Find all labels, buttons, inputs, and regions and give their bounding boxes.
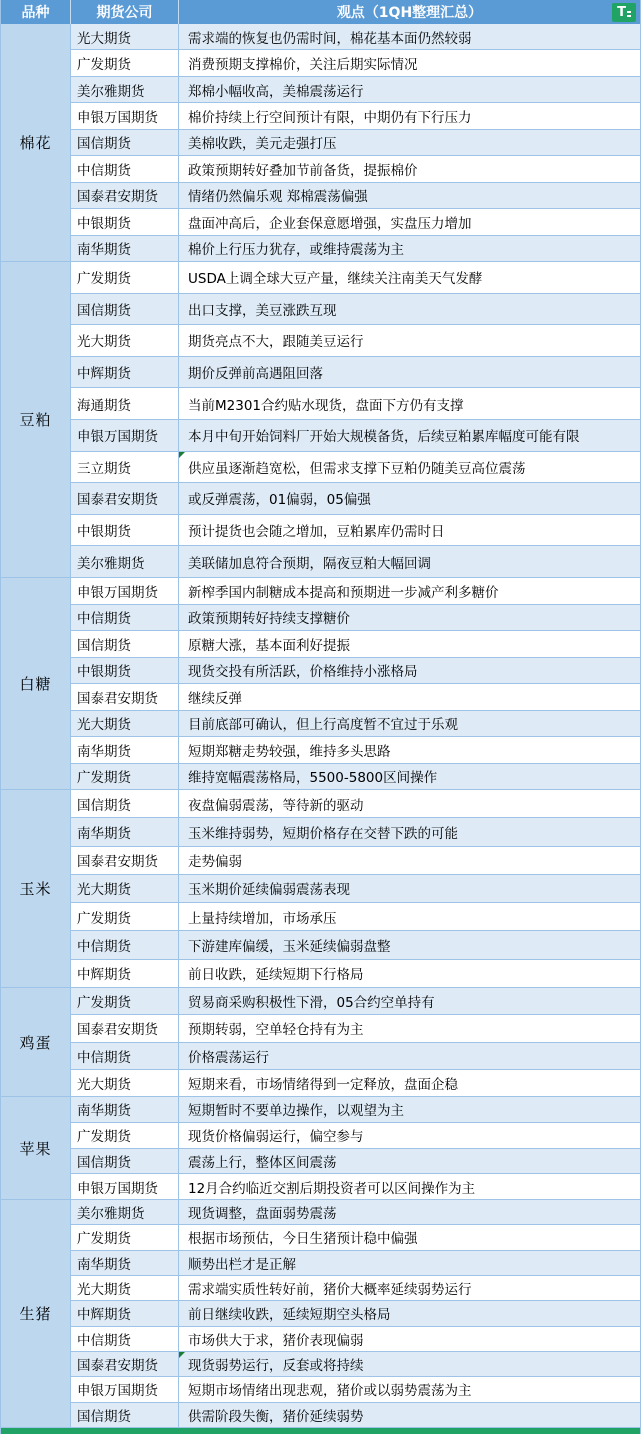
logo-letter: T: [617, 6, 626, 19]
viewpoint-cell[interactable]: 原糖大涨，基本面利好提振: [179, 631, 640, 657]
company-cell[interactable]: 中信期货: [71, 1327, 179, 1351]
viewpoint-cell[interactable]: 贸易商采购积极性下滑，05合约空单持有: [179, 988, 640, 1014]
company-cell[interactable]: 光大期货: [71, 711, 179, 737]
viewpoint-text: 当前M2301合约贴水现货，盘面下方仍有支撑: [188, 394, 464, 414]
table-row: 国泰君安期货或反弹震荡，01偏弱，05偏强: [71, 483, 640, 515]
table-row: 中信期货市场供大于求，猪价表现偏弱: [71, 1327, 640, 1352]
viewpoint-text: 前日收跌，延续短期下行格局: [188, 963, 364, 983]
viewpoint-cell[interactable]: 市场供大于求，猪价表现偏弱: [179, 1327, 640, 1351]
viewpoint-text: 现货交投有所活跃，价格维持小涨格局: [188, 660, 418, 680]
commodity-section: 白糖申银万国期货新榨季国内制糖成本提高和预期进一步减产利多糖价中信期货政策预期转…: [1, 578, 640, 790]
table-row: 光大期货需求端的恢复也仍需时间，棉花基本面仍然较弱: [71, 24, 640, 50]
viewpoint-text: 价格震荡运行: [188, 1046, 269, 1066]
viewpoint-text: 下游建库偏缓，玉米延续偏弱盘整: [188, 935, 391, 955]
company-cell[interactable]: 申银万国期货: [71, 1377, 179, 1401]
table-row: 广发期货根据市场预估，今日生猪预计稳中偏强: [71, 1225, 640, 1250]
section-rows: 申银万国期货新榨季国内制糖成本提高和预期进一步减产利多糖价中信期货政策预期转好持…: [71, 578, 640, 789]
viewpoint-cell[interactable]: 短期来看，市场情绪得到一定释放，盘面企稳: [179, 1070, 640, 1096]
table-row: 国信期货震荡上行，整体区间震荡: [71, 1149, 640, 1175]
viewpoint-cell[interactable]: 出口支撑，美豆涨跌互现: [179, 294, 640, 325]
company-cell[interactable]: 广发期货: [71, 988, 179, 1014]
header-company: 期货公司: [71, 0, 179, 24]
commodity-label[interactable]: 生猪: [1, 1200, 71, 1427]
viewpoint-cell[interactable]: 棉价上行压力犹存，或维持震荡为主: [179, 236, 640, 261]
viewpoint-text: 现货价格偏弱运行，偏空参与: [188, 1125, 364, 1145]
viewpoint-text: 预期转弱，空单轻仓持有为主: [188, 1018, 364, 1038]
commodity-label[interactable]: 玉米: [1, 790, 71, 987]
commodity-label[interactable]: 豆粕: [1, 262, 71, 577]
company-cell[interactable]: 南华期货: [71, 236, 179, 261]
table-row: 申银万国期货本月中旬开始饲料厂开始大规模备货，后续豆粕累库幅度可能有限: [71, 420, 640, 452]
table-row: 海通期货当前M2301合约贴水现货，盘面下方仍有支撑: [71, 388, 640, 420]
viewpoint-text: 短期市场情绪出现悲观，猪价或以弱势震荡为主: [188, 1379, 472, 1399]
viewpoint-text: 震荡上行，整体区间震荡: [188, 1151, 337, 1171]
commodity-section: 玉米国信期货夜盘偏弱震荡，等待新的驱动南华期货玉米维持弱势，短期价格存在交替下跌…: [1, 790, 640, 988]
table-row: 中辉期货前日收跌，延续短期下行格局: [71, 960, 640, 987]
company-cell[interactable]: 南华期货: [71, 737, 179, 763]
viewpoint-text: 现货调整，盘面弱势震荡: [188, 1202, 337, 1222]
viewpoint-cell[interactable]: 下游建库偏缓，玉米延续偏弱盘整: [179, 931, 640, 958]
viewpoint-cell[interactable]: 美联储加息符合预期，隔夜豆粕大幅回调: [179, 546, 640, 577]
viewpoint-cell[interactable]: 短期郑糖走势较强，维持多头思路: [179, 737, 640, 763]
header-variety: 品种: [1, 0, 71, 24]
viewpoint-cell[interactable]: 顺势出栏才是正解: [179, 1251, 640, 1275]
viewpoint-text: 短期郑糖走势较强，维持多头思路: [188, 740, 391, 760]
header-viewpoint: 观点（1QH整理汇总）: [179, 0, 640, 24]
viewpoint-text: 市场供大于求，猪价表现偏弱: [188, 1329, 364, 1349]
viewpoint-cell[interactable]: 前日继续收跌，延续短期空头格局: [179, 1301, 640, 1325]
company-cell[interactable]: 中信期货: [71, 931, 179, 958]
viewpoint-text: 维持宽幅震荡格局，5500-5800区间操作: [188, 766, 437, 786]
table-row: 广发期货维持宽幅震荡格局，5500-5800区间操作: [71, 764, 640, 790]
viewpoint-text: 供需阶段失衡，猪价延续弱势: [188, 1405, 364, 1425]
viewpoint-text: 前日继续收跌，延续短期空头格局: [188, 1303, 391, 1323]
table-row: 国泰君安期货预期转弱，空单轻仓持有为主: [71, 1015, 640, 1042]
viewpoint-text: 期价反弹前高遇阻回落: [188, 362, 323, 382]
company-cell[interactable]: 国信期货: [71, 294, 179, 325]
viewpoint-text: 根据市场预估，今日生猪预计稳中偏强: [188, 1227, 418, 1247]
table-row: 中信期货价格震荡运行: [71, 1043, 640, 1070]
table-body: 棉花光大期货需求端的恢复也仍需时间，棉花基本面仍然较弱广发期货消费预期支撑棉价，…: [1, 24, 640, 1428]
table-row: 南华期货棉价上行压力犹存，或维持震荡为主: [71, 236, 640, 261]
table-row: 广发期货上量持续增加，市场承压: [71, 903, 640, 931]
viewpoint-text: 供应虽逐渐趋宽松，但需求支撑下豆粕仍随美豆高位震荡: [188, 457, 526, 477]
table-row: 中银期货盘面冲高后，企业套保意愿增强，实盘压力增加: [71, 209, 640, 235]
table-row: 南华期货短期郑糖走势较强，维持多头思路: [71, 737, 640, 764]
viewpoint-text: 出口支撑，美豆涨跌互现: [188, 299, 337, 319]
viewpoint-cell[interactable]: 需求端实质性转好前，猪价大概率延续弱势运行: [179, 1276, 640, 1300]
viewpoint-text: 走势偏弱: [188, 850, 242, 870]
viewpoint-cell[interactable]: 政策预期转好叠加节前备货，提振棉价: [179, 156, 640, 181]
company-cell[interactable]: 中辉期货: [71, 1301, 179, 1325]
viewpoint-text: 短期来看，市场情绪得到一定释放，盘面企稳: [188, 1073, 458, 1093]
company-cell[interactable]: 申银万国期货: [71, 1174, 179, 1199]
viewpoint-text: 短期暂时不要单边操作，以观望为主: [188, 1099, 404, 1119]
company-cell[interactable]: 国信期货: [71, 1149, 179, 1174]
viewpoint-text: 需求端的恢复也仍需时间，棉花基本面仍然较弱: [188, 27, 472, 47]
table-row: 中银期货现货交投有所活跃，价格维持小涨格局: [71, 658, 640, 685]
company-cell[interactable]: 中银期货: [71, 515, 179, 546]
viewpoint-cell[interactable]: 消费预期支撑棉价，关注后期实际情况: [179, 50, 640, 75]
viewpoint-text: 棉价持续上行空间预计有限，中期仍有下行压力: [188, 106, 472, 126]
viewpoint-text: 玉米维持弱势，短期价格存在交替下跌的可能: [188, 822, 458, 842]
viewpoint-text: 新榨季国内制糖成本提高和预期进一步减产利多糖价: [188, 581, 499, 601]
viewpoint-text: 继续反弹: [188, 687, 242, 707]
table-row: 中辉期货前日继续收跌，延续短期空头格局: [71, 1301, 640, 1326]
company-cell[interactable]: 海通期货: [71, 388, 179, 419]
table-row: 中信期货政策预期转好叠加节前备货，提振棉价: [71, 156, 640, 182]
viewpoint-text: 棉价上行压力犹存，或维持震荡为主: [188, 238, 404, 258]
company-cell[interactable]: 国泰君安期货: [71, 1352, 179, 1376]
viewpoint-text: 上量持续增加，市场承压: [188, 907, 337, 927]
commodity-label[interactable]: 棉花: [1, 24, 71, 261]
company-cell[interactable]: 南华期货: [71, 1097, 179, 1122]
table-row: 国泰君安期货情绪仍然偏乐观 郑棉震荡偏强: [71, 183, 640, 209]
viewpoint-text: 玉米期价延续偏弱震荡表现: [188, 878, 350, 898]
viewpoint-text: 12月合约临近交割后期投资者可以区间操作为主: [188, 1177, 475, 1197]
company-cell[interactable]: 三立期货: [71, 452, 179, 483]
company-cell[interactable]: 国信期货: [71, 790, 179, 817]
viewpoint-cell[interactable]: 继续反弹: [179, 684, 640, 710]
company-cell[interactable]: 广发期货: [71, 1123, 179, 1148]
table-row: 国信期货美棉收跌，美元走强打压: [71, 130, 640, 156]
viewpoint-text: 期货亮点不大，跟随美豆运行: [188, 330, 364, 350]
table-row: 广发期货USDA上调全球大豆产量，继续关注南美天气发酵: [71, 262, 640, 294]
company-cell[interactable]: 申银万国期货: [71, 103, 179, 128]
section-rows: 美尔雅期货现货调整，盘面弱势震荡广发期货根据市场预估，今日生猪预计稳中偏强南华期…: [71, 1200, 640, 1427]
company-cell[interactable]: 光大期货: [71, 875, 179, 902]
company-cell[interactable]: 中银期货: [71, 209, 179, 234]
table-row: 三立期货供应虽逐渐趋宽松，但需求支撑下豆粕仍随美豆高位震荡: [71, 452, 640, 484]
viewpoint-cell[interactable]: 12月合约临近交割后期投资者可以区间操作为主: [179, 1174, 640, 1199]
company-cell[interactable]: 光大期货: [71, 1276, 179, 1300]
viewpoint-text: 贸易商采购积极性下滑，05合约空单持有: [188, 991, 435, 1011]
viewpoint-cell[interactable]: 震荡上行，整体区间震荡: [179, 1149, 640, 1174]
footer-green-bar: [1, 1428, 640, 1434]
company-cell[interactable]: 中辉期货: [71, 357, 179, 388]
viewpoint-cell[interactable]: 玉米维持弱势，短期价格存在交替下跌的可能: [179, 818, 640, 845]
section-rows: 国信期货夜盘偏弱震荡，等待新的驱动南华期货玉米维持弱势，短期价格存在交替下跌的可…: [71, 790, 640, 987]
table-row: 南华期货短期暂时不要单边操作，以观望为主: [71, 1097, 640, 1123]
table-row: 广发期货贸易商采购积极性下滑，05合约空单持有: [71, 988, 640, 1015]
company-cell[interactable]: 广发期货: [71, 764, 179, 790]
viewpoint-cell[interactable]: 现货交投有所活跃，价格维持小涨格局: [179, 658, 640, 684]
viewpoint-cell[interactable]: 短期暂时不要单边操作，以观望为主: [179, 1097, 640, 1122]
viewpoint-cell[interactable]: 本月中旬开始饲料厂开始大规模备货，后续豆粕累库幅度可能有限: [179, 420, 640, 451]
company-cell[interactable]: 国信期货: [71, 1403, 179, 1427]
viewpoint-cell[interactable]: 盘面冲高后，企业套保意愿增强，实盘压力增加: [179, 209, 640, 234]
viewpoint-cell[interactable]: 玉米期价延续偏弱震荡表现: [179, 875, 640, 902]
section-rows: 光大期货需求端的恢复也仍需时间，棉花基本面仍然较弱广发期货消费预期支撑棉价，关注…: [71, 24, 640, 261]
viewpoint-cell[interactable]: 新榨季国内制糖成本提高和预期进一步减产利多糖价: [179, 578, 640, 604]
table-row: 光大期货期货亮点不大，跟随美豆运行: [71, 325, 640, 357]
commodity-label[interactable]: 鸡蛋: [1, 988, 71, 1096]
viewpoint-text: 顺势出栏才是正解: [188, 1253, 296, 1273]
company-cell[interactable]: 国泰君安期货: [71, 847, 179, 874]
company-cell[interactable]: 美尔雅期货: [71, 546, 179, 577]
table-row: 申银万国期货新榨季国内制糖成本提高和预期进一步减产利多糖价: [71, 578, 640, 605]
viewpoint-text: 美联储加息符合预期，隔夜豆粕大幅回调: [188, 552, 431, 572]
viewpoint-cell[interactable]: 或反弹震荡，01偏弱，05偏强: [179, 483, 640, 514]
table-row: 光大期货需求端实质性转好前，猪价大概率延续弱势运行: [71, 1276, 640, 1301]
commodity-label[interactable]: 苹果: [1, 1097, 71, 1199]
viewpoint-text: 情绪仍然偏乐观 郑棉震荡偏强: [188, 185, 368, 205]
viewpoint-text: 消费预期支撑棉价，关注后期实际情况: [188, 53, 418, 73]
viewpoint-text: 或反弹震荡，01偏弱，05偏强: [188, 488, 371, 508]
viewpoint-cell[interactable]: 预计提货也会随之增加，豆粕累库仍需时日: [179, 515, 640, 546]
commodity-section: 豆粕广发期货USDA上调全球大豆产量，继续关注南美天气发酵国信期货出口支撑，美豆…: [1, 262, 640, 578]
table-row: 国泰君安期货走势偏弱: [71, 847, 640, 875]
company-cell[interactable]: 中信期货: [71, 156, 179, 181]
viewpoint-cell[interactable]: 棉价持续上行空间预计有限，中期仍有下行压力: [179, 103, 640, 128]
commodity-section: 鸡蛋广发期货贸易商采购积极性下滑，05合约空单持有国泰君安期货预期转弱，空单轻仓…: [1, 988, 640, 1097]
company-cell[interactable]: 中信期货: [71, 605, 179, 631]
company-cell[interactable]: 广发期货: [71, 1225, 179, 1249]
company-cell[interactable]: 中银期货: [71, 658, 179, 684]
table-row: 中银期货预计提货也会随之增加，豆粕累库仍需时日: [71, 515, 640, 547]
viewpoint-cell[interactable]: 维持宽幅震荡格局，5500-5800区间操作: [179, 764, 640, 790]
table-row: 国泰君安期货继续反弹: [71, 684, 640, 711]
table-row: 国泰君安期货现货弱势运行，反套或将持续: [71, 1352, 640, 1377]
table-header-row: 品种 期货公司 观点（1QH整理汇总） T: [1, 0, 640, 24]
company-cell[interactable]: 光大期货: [71, 24, 179, 49]
viewpoint-text: 郑棉小幅收高，美棉震荡运行: [188, 80, 364, 100]
commodity-label[interactable]: 白糖: [1, 578, 71, 789]
company-cell[interactable]: 广发期货: [71, 262, 179, 293]
table-row: 光大期货玉米期价延续偏弱震荡表现: [71, 875, 640, 903]
commodity-section: 苹果南华期货短期暂时不要单边操作，以观望为主广发期货现货价格偏弱运行，偏空参与国…: [1, 1097, 640, 1200]
table-row: 国信期货供需阶段失衡，猪价延续弱势: [71, 1403, 640, 1427]
table-row: 申银万国期货棉价持续上行空间预计有限，中期仍有下行压力: [71, 103, 640, 129]
viewpoint-text: 政策预期转好叠加节前备货，提振棉价: [188, 159, 418, 179]
table-row: 中辉期货期价反弹前高遇阻回落: [71, 357, 640, 389]
table-row: 国信期货原糖大涨，基本面利好提振: [71, 631, 640, 658]
logo-icon: T: [612, 3, 636, 22]
company-cell[interactable]: 光大期货: [71, 1070, 179, 1096]
comment-marker-icon: [179, 1352, 185, 1358]
company-cell[interactable]: 南华期货: [71, 1251, 179, 1275]
viewpoint-cell[interactable]: 美棉收跌，美元走强打压: [179, 130, 640, 155]
viewpoint-text: 盘面冲高后，企业套保意愿增强，实盘压力增加: [188, 212, 472, 232]
viewpoint-text: 夜盘偏弱震荡，等待新的驱动: [188, 794, 364, 814]
table-row: 国信期货出口支撑，美豆涨跌互现: [71, 294, 640, 326]
commodity-section: 棉花光大期货需求端的恢复也仍需时间，棉花基本面仍然较弱广发期货消费预期支撑棉价，…: [1, 24, 640, 262]
viewpoint-cell[interactable]: 根据市场预估，今日生猪预计稳中偏强: [179, 1225, 640, 1249]
company-cell[interactable]: 国泰君安期货: [71, 483, 179, 514]
company-cell[interactable]: 广发期货: [71, 50, 179, 75]
viewpoint-cell[interactable]: 走势偏弱: [179, 847, 640, 874]
company-cell[interactable]: 南华期货: [71, 818, 179, 845]
viewpoint-text: 预计提货也会随之增加，豆粕累库仍需时日: [188, 520, 445, 540]
viewpoint-cell[interactable]: 现货弱势运行，反套或将持续: [179, 1352, 640, 1376]
table-row: 美尔雅期货现货调整，盘面弱势震荡: [71, 1200, 640, 1225]
viewpoint-cell[interactable]: 供应虽逐渐趋宽松，但需求支撑下豆粕仍随美豆高位震荡: [179, 452, 640, 483]
company-cell[interactable]: 国泰君安期货: [71, 684, 179, 710]
viewpoint-cell[interactable]: 供需阶段失衡，猪价延续弱势: [179, 1403, 640, 1427]
company-cell[interactable]: 光大期货: [71, 325, 179, 356]
table-row: 南华期货顺势出栏才是正解: [71, 1251, 640, 1276]
section-rows: 南华期货短期暂时不要单边操作，以观望为主广发期货现货价格偏弱运行，偏空参与国信期…: [71, 1097, 640, 1199]
viewpoint-cell[interactable]: 情绪仍然偏乐观 郑棉震荡偏强: [179, 183, 640, 208]
comment-marker-icon: [179, 452, 185, 458]
section-rows: 广发期货USDA上调全球大豆产量，继续关注南美天气发酵国信期货出口支撑，美豆涨跌…: [71, 262, 640, 577]
table-row: 申银万国期货短期市场情绪出现悲观，猪价或以弱势震荡为主: [71, 1377, 640, 1402]
viewpoint-cell[interactable]: 上量持续增加，市场承压: [179, 903, 640, 930]
company-cell[interactable]: 国泰君安期货: [71, 1015, 179, 1041]
table-row: 美尔雅期货郑棉小幅收高，美棉震荡运行: [71, 77, 640, 103]
viewpoint-cell[interactable]: 政策预期转好持续支撑糖价: [179, 605, 640, 631]
viewpoint-text: 目前底部可确认，但上行高度暂不宜过于乐观: [188, 713, 458, 733]
viewpoint-cell[interactable]: 期货亮点不大，跟随美豆运行: [179, 325, 640, 356]
company-cell[interactable]: 国泰君安期货: [71, 183, 179, 208]
viewpoint-text: 美棉收跌，美元走强打压: [188, 132, 337, 152]
company-cell[interactable]: 美尔雅期货: [71, 1200, 179, 1224]
table-row: 广发期货现货价格偏弱运行，偏空参与: [71, 1123, 640, 1149]
viewpoint-text: 需求端实质性转好前，猪价大概率延续弱势运行: [188, 1278, 472, 1298]
viewpoint-cell[interactable]: 郑棉小幅收高，美棉震荡运行: [179, 77, 640, 102]
company-cell[interactable]: 美尔雅期货: [71, 77, 179, 102]
table-row: 广发期货消费预期支撑棉价，关注后期实际情况: [71, 50, 640, 76]
table-row: 申银万国期货12月合约临近交割后期投资者可以区间操作为主: [71, 1174, 640, 1199]
table-row: 中信期货下游建库偏缓，玉米延续偏弱盘整: [71, 931, 640, 959]
viewpoint-cell[interactable]: 期价反弹前高遇阻回落: [179, 357, 640, 388]
viewpoint-cell[interactable]: 需求端的恢复也仍需时间，棉花基本面仍然较弱: [179, 24, 640, 49]
viewpoint-text: 现货弱势运行，反套或将持续: [188, 1354, 364, 1374]
table-row: 国信期货夜盘偏弱震荡，等待新的驱动: [71, 790, 640, 818]
company-cell[interactable]: 中辉期货: [71, 960, 179, 987]
company-cell[interactable]: 国信期货: [71, 130, 179, 155]
table-row: 美尔雅期货美联储加息符合预期，隔夜豆粕大幅回调: [71, 546, 640, 577]
company-cell[interactable]: 广发期货: [71, 903, 179, 930]
futures-opinion-table: 品种 期货公司 观点（1QH整理汇总） T 棉花光大期货需求端的恢复也仍需时间，…: [0, 0, 641, 1434]
viewpoint-cell[interactable]: 价格震荡运行: [179, 1043, 640, 1069]
table-row: 南华期货玉米维持弱势，短期价格存在交替下跌的可能: [71, 818, 640, 846]
company-cell[interactable]: 申银万国期货: [71, 420, 179, 451]
viewpoint-cell[interactable]: 短期市场情绪出现悲观，猪价或以弱势震荡为主: [179, 1377, 640, 1401]
commodity-section: 生猪美尔雅期货现货调整，盘面弱势震荡广发期货根据市场预估，今日生猪预计稳中偏强南…: [1, 1200, 640, 1428]
viewpoint-text: 政策预期转好持续支撑糖价: [188, 607, 350, 627]
viewpoint-text: 本月中旬开始饲料厂开始大规模备货，后续豆粕累库幅度可能有限: [188, 425, 580, 445]
viewpoint-cell[interactable]: USDA上调全球大豆产量，继续关注南美天气发酵: [179, 262, 640, 293]
viewpoint-cell[interactable]: 现货调整，盘面弱势震荡: [179, 1200, 640, 1224]
table-row: 光大期货短期来看，市场情绪得到一定释放，盘面企稳: [71, 1070, 640, 1096]
viewpoint-cell[interactable]: 现货价格偏弱运行，偏空参与: [179, 1123, 640, 1148]
viewpoint-text: 原糖大涨，基本面利好提振: [188, 634, 350, 654]
company-cell[interactable]: 申银万国期货: [71, 578, 179, 604]
table-row: 中信期货政策预期转好持续支撑糖价: [71, 605, 640, 632]
logo-bars: [627, 11, 631, 17]
section-rows: 广发期货贸易商采购积极性下滑，05合约空单持有国泰君安期货预期转弱，空单轻仓持有…: [71, 988, 640, 1096]
viewpoint-cell[interactable]: 目前底部可确认，但上行高度暂不宜过于乐观: [179, 711, 640, 737]
viewpoint-cell[interactable]: 当前M2301合约贴水现货，盘面下方仍有支撑: [179, 388, 640, 419]
table-row: 光大期货目前底部可确认，但上行高度暂不宜过于乐观: [71, 711, 640, 738]
company-cell[interactable]: 中信期货: [71, 1043, 179, 1069]
viewpoint-text: USDA上调全球大豆产量，继续关注南美天气发酵: [188, 267, 482, 287]
viewpoint-cell[interactable]: 预期转弱，空单轻仓持有为主: [179, 1015, 640, 1041]
company-cell[interactable]: 国信期货: [71, 631, 179, 657]
viewpoint-cell[interactable]: 夜盘偏弱震荡，等待新的驱动: [179, 790, 640, 817]
viewpoint-cell[interactable]: 前日收跌，延续短期下行格局: [179, 960, 640, 987]
